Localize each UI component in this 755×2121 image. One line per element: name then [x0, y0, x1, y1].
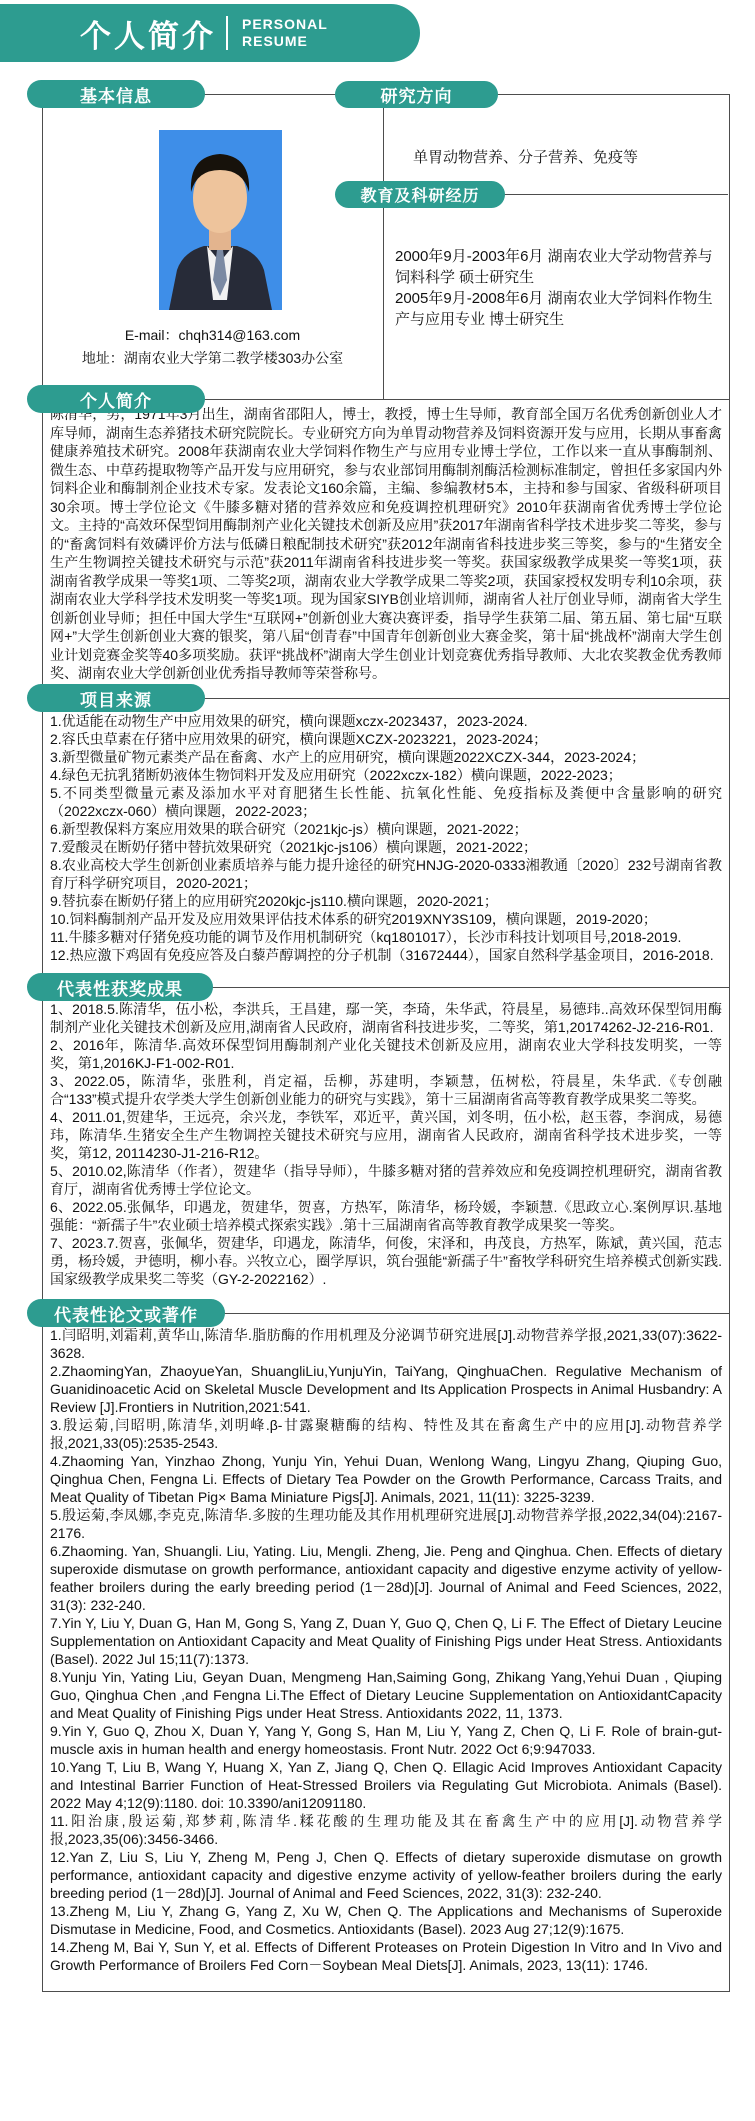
- banner-divider: [226, 16, 228, 50]
- awards-list: 1、2018.5.陈清华，伍小松，李洪兵，王昌建，鄢一笑，李琦，朱华武，符晨星，…: [50, 1000, 722, 1288]
- column-divider-line: [383, 94, 384, 399]
- list-item: 9.替抗泰在断奶仔猪上的应用研究2020kjc-js110.横向课题，2020-…: [50, 892, 722, 910]
- papers-list: 1.闫昭明,刘霜莉,黄华山,陈清华.脂肪酶的作用机理及分泌调节研究进展[J].动…: [50, 1326, 722, 1974]
- list-item: 4.绿色无抗乳猪断奶液体生物饲料开发及应用研究（2022xczx-182）横向课…: [50, 766, 722, 784]
- address-line: 地址：湖南农业大学第二教学楼303办公室: [42, 348, 383, 368]
- profile-text: 陈清华，男，1971年3月出生，湖南省邵阳人，博士，教授，博士生导师，教育部全国…: [50, 405, 722, 683]
- page-title: 个人简介: [80, 11, 216, 56]
- badge-awards: 代表性获奖成果: [27, 973, 213, 1001]
- list-item: 8.农业高校大学生创新创业素质培养与能力提升途径的研究HNJG-2020-033…: [50, 856, 722, 892]
- badge-profile: 个人简介: [27, 385, 205, 413]
- list-item: 5.不同类型微量元素及添加水平对育肥猪生长性能、抗氧化性能、免疫指标及粪便中含量…: [50, 784, 722, 820]
- list-item: 2000年9月-2003年6月 湖南农业大学动物营养与饲料科学 硕士研究生: [395, 246, 727, 288]
- resume-page: 个人简介 PERSONAL RESUME 基本信息 研究方向 教育及科研经历 个…: [0, 0, 755, 2121]
- page-title-english-line2: RESUME: [242, 33, 328, 50]
- badge-basic-info: 基本信息: [27, 80, 205, 108]
- list-item: 4、2011.01,贺建华，王远亮，余兴龙，李铁军，邓近平，黄兴国，刘冬明，伍小…: [50, 1108, 722, 1162]
- list-item: 1、2018.5.陈清华，伍小松，李洪兵，王昌建，鄢一笑，李琦，朱华武，符晨星，…: [50, 1000, 722, 1036]
- badge-research-direction: 研究方向: [335, 81, 498, 108]
- badge-education: 教育及科研经历: [335, 181, 505, 208]
- portrait-photo: [159, 130, 282, 310]
- list-item: 11.牛膝多糖对仔猪免疫功能的调节及作用机制研究（kq1801017），长沙市科…: [50, 928, 722, 946]
- list-item: 7.Yin Y, Liu Y, Duan G, Han M, Gong S, Y…: [50, 1614, 722, 1668]
- list-item: 1.闫昭明,刘霜莉,黄华山,陈清华.脂肪酶的作用机理及分泌调节研究进展[J].动…: [50, 1326, 722, 1362]
- list-item: 4.Zhaoming Yan, Yinzhao Zhong, Yunju Yin…: [50, 1452, 722, 1506]
- page-banner: 个人简介 PERSONAL RESUME: [0, 4, 420, 62]
- list-item: 13.Zheng M, Liu Y, Zhang G, Yang Z, Xu W…: [50, 1902, 722, 1938]
- education-list: 2000年9月-2003年6月 湖南农业大学动物营养与饲料科学 硕士研究生200…: [395, 246, 727, 330]
- projects-list: 1.优适能在动物生产中应用效果的研究，横向课题xczx-2023437，2023…: [50, 712, 722, 964]
- list-item: 9.Yin Y, Guo Q, Zhou X, Duan Y, Yang Y, …: [50, 1722, 722, 1758]
- list-item: 3.殷运菊,闫昭明,陈清华,刘明峰.β-甘露聚糖酶的结构、特性及其在畜禽生产中的…: [50, 1416, 722, 1452]
- list-item: 3.新型微量矿物元素类产品在畜禽、水产上的应用研究，横向课题2022XCZX-3…: [50, 748, 722, 766]
- badge-papers: 代表性论文或著作: [27, 1299, 225, 1327]
- page-title-english-line1: PERSONAL: [242, 16, 328, 33]
- list-item: 7、2023.7.贺喜，张佩华，贺建华，印遇龙，陈清华，何俊，宋泽和，冉茂良，方…: [50, 1234, 722, 1288]
- list-item: 2.容氏虫草素在仔猪中应用效果的研究，横向课题XCZX-2023221，2023…: [50, 730, 722, 748]
- list-item: 6.Zhaoming. Yan, Shuangli. Liu, Yating. …: [50, 1542, 722, 1614]
- list-item: 1.优适能在动物生产中应用效果的研究，横向课题xczx-2023437，2023…: [50, 712, 722, 730]
- list-item: 12.热应激下鸡固有免疫应答及白藜芦醇调控的分子机制（31672444），国家自…: [50, 946, 722, 964]
- list-item: 2、2016年，陈清华.高效环保型饲用酶制剂产业化关键技术创新及应用，湖南农业大…: [50, 1036, 722, 1072]
- research-direction-text: 单胃动物营养、分子营养、免疫等: [413, 146, 638, 167]
- email-line: E-mail：chqh314@163.com: [42, 325, 383, 345]
- badge-projects: 项目来源: [27, 684, 205, 712]
- list-item: 5、2010.02,陈清华（作者），贺建华（指导导师），牛膝多糖对猪的营养效应和…: [50, 1162, 722, 1198]
- list-item: 11.阳治康,殷运菊,郑梦莉,陈清华.糅花酸的生理功能及其在畜禽生产中的应用[J…: [50, 1812, 722, 1848]
- list-item: 7.爱酸灵在断奶仔猪中替抗效果研究（2021kjc-js106）横向课题，202…: [50, 838, 722, 856]
- list-item: 10.饲料酶制剂产品开发及应用效果评估技术体系的研究2019XNY3S109，横…: [50, 910, 722, 928]
- list-item: 5.殷运菊,李凤娜,李克克,陈清华.多胺的生理功能及其作用机理研究进展[J].动…: [50, 1506, 722, 1542]
- list-item: 14.Zheng M, Bai Y, Sun Y, et al. Effects…: [50, 1938, 722, 1974]
- page-title-english: PERSONAL RESUME: [242, 16, 328, 50]
- list-item: 2005年9月-2008年6月 湖南农业大学饲料作物生产与应用专业 博士研究生: [395, 288, 727, 330]
- list-item: 2.ZhaomingYan, ZhaoyueYan, ShuangliLiu,Y…: [50, 1362, 722, 1416]
- list-item: 12.Yan Z, Liu S, Liu Y, Zheng M, Peng J,…: [50, 1848, 722, 1902]
- list-item: 6、2022.05.张佩华，印遇龙，贺建华，贺喜，方热军，陈清华，杨玲媛，李颖慧…: [50, 1198, 722, 1234]
- list-item: 10.Yang T, Liu B, Wang Y, Huang X, Yan Z…: [50, 1758, 722, 1812]
- list-item: 8.Yunju Yin, Yating Liu, Geyan Duan, Men…: [50, 1668, 722, 1722]
- list-item: 6.新型教保料方案应用效果的联合研究（2021kjc-js）横向课题，2021-…: [50, 820, 722, 838]
- list-item: 3、2022.05，陈清华，张胜利，肖定福，岳柳，苏建明，李颖慧，伍树松，符晨星…: [50, 1072, 722, 1108]
